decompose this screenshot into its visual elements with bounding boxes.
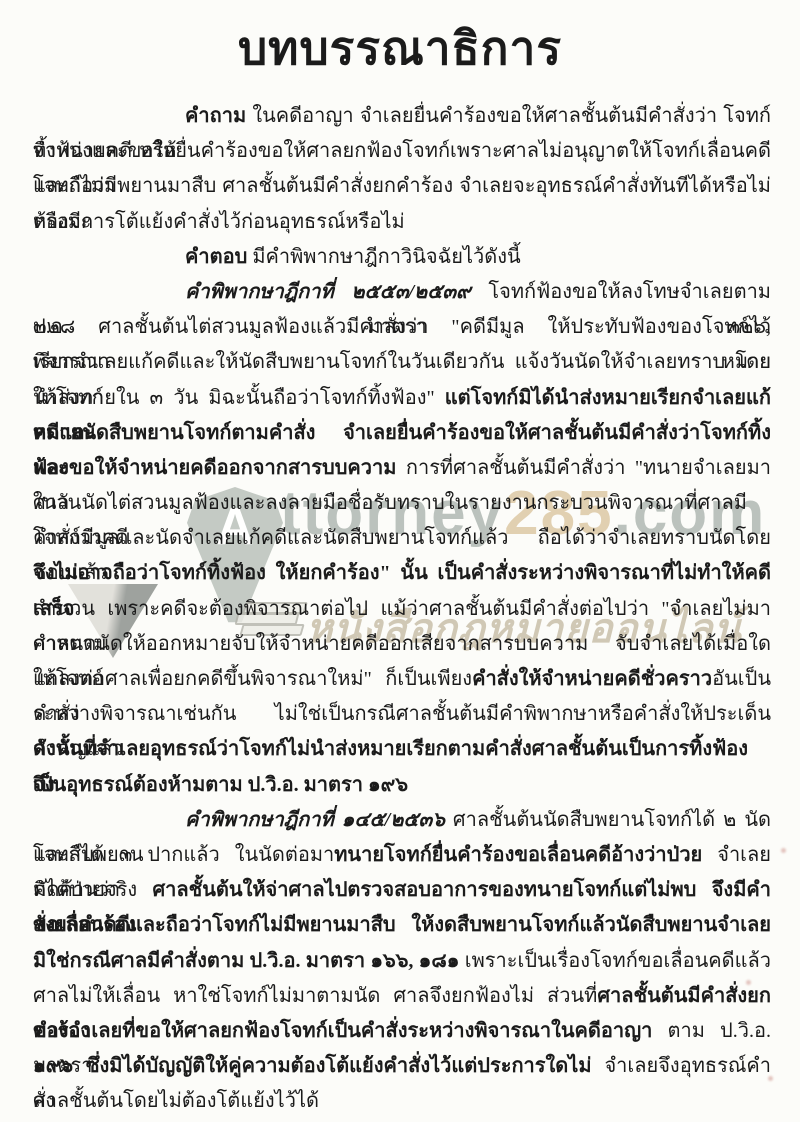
text-line: ศาลไม่ให้เลื่อน หาใช่โจทก์ไม่มาตามนัด ศา… [33, 979, 771, 1014]
body-text: คำถาม ในคดีอาญา จำเลยยื่นคำร้องขอให้ศาลช… [33, 99, 771, 1119]
text-line: ระหว่างพิจารณาเช่นกัน ไม่ใช่เป็นกรณีศาลช… [33, 697, 771, 732]
text-line: ขอเลื่อนคดีและถือว่าโจทก์ไม่มีพยานมาสืบ … [33, 908, 771, 943]
text-segment: คำสั่งให้จำหน่ายคดีชั่วคราว [472, 668, 712, 690]
text-segment: มิได้ป่วยจริง [33, 879, 152, 901]
text-segment: มิใช่กรณีศาลมีคำสั่งตาม ป.วิ.อ. มาตรา ๑๖… [33, 950, 460, 972]
text-segment: คำตอบ [185, 246, 247, 268]
text-line: ดังนั้นที่จำเลยอุทธรณ์ว่าโจทก์ไม่นำส่งหม… [33, 732, 771, 767]
text-line: และขอให้จำหน่ายคดีออกจากสารบบความ การที่… [33, 451, 771, 486]
text-segment: ศาลชั้นต้นโดยไม่ต้องโต้แย้งไว้ได้ [33, 1090, 319, 1112]
text-line: จึงไม่อาจถือว่าโจทก์ทิ้งฟ้อง ให้ยกคำร้อง… [33, 556, 771, 591]
text-line: เป็นอุทธรณ์ต้องห้ามตาม ป.วิ.อ. มาตรา ๑๙๖ [33, 768, 771, 803]
page-title: บทบรรณาธิการ [0, 12, 800, 85]
text-segment: ของจำเลยที่ขอให้ศาลยกฟ้องโจทก์เป็นคำสั่ง… [33, 1020, 652, 1042]
text-line: มิได้ป่วยจริง ศาลชั้นต้นให้จ่าศาลไปตรวจส… [33, 873, 771, 908]
text-line: เรียกจำเลยแก้คดีและให้นัดสืบพยานโจทก์ในว… [33, 345, 771, 380]
text-segment: แถลงต่อศาลเพื่อยกคดีขึ้นพิจารณาใหม่" ก็เ… [33, 668, 472, 690]
text-segment: คำพิพากษาฎีกาที่ ๑๔๕/๒๕๓๖ [185, 809, 445, 831]
text-line: หมายนัดสืบพยานโจทก์ตามคำสั่ง จำเลยยื่นคำ… [33, 416, 771, 451]
text-segment: ทนายโจทก์ยื่นคำร้องขอเลื่อนคดีอ้างว่าป่ว… [334, 844, 702, 866]
text-line: ต้องมีการโต้แย้งคำสั่งไว้ก่อนอุทธรณ์หรือ… [33, 205, 771, 240]
text-segment: นำส่งภายใน ๓ วัน มิฉะนั้นถือว่าโจทก์ทิ้ง… [33, 387, 445, 409]
scan-speck [781, 848, 786, 853]
text-line: มิใช่กรณีศาลมีคำสั่งตาม ป.วิ.อ. มาตรา ๑๖… [33, 944, 771, 979]
text-line: กำหนดนัดให้ออกหมายจับให้จำหน่ายคดีออกเสี… [33, 627, 771, 662]
text-line: แถลงต่อศาลเพื่อยกคดีขึ้นพิจารณาใหม่" ก็เ… [33, 662, 771, 697]
text-line: ๓๒๘ ศาลชั้นต้นไต่สวนมูลฟ้องแล้วมีคำสั่งว… [33, 310, 771, 345]
text-segment: โจทก์ได้ ๓ ปากแล้ว ในนัดต่อมา [33, 844, 334, 866]
text-line: คำถาม ในคดีอาญา จำเลยยื่นคำร้องขอให้ศาลช… [33, 99, 771, 134]
text-line: นำส่งภายใน ๓ วัน มิฉะนั้นถือว่าโจทก์ทิ้ง… [33, 381, 771, 416]
text-line: ในวันนัดไต่สวนมูลฟ้องและลงลายมือชื่อรับท… [33, 486, 771, 521]
text-line: คำพิพากษาฎีกาที่ ๒๕๕๓/๒๕๓๙ โจทก์ฟ้องขอให… [33, 275, 771, 310]
text-line: ๑๙๖ ซึ่งมิได้บัญญัติให้คู่ความต้องโต้แย้… [33, 1049, 771, 1084]
text-segment: เป็นอุทธรณ์ต้องห้ามตาม ป.วิ.อ. มาตรา ๑๙๖ [33, 774, 408, 796]
text-line: คำพิพากษาฎีกาที่ ๑๔๕/๒๕๓๖ ศาลชั้นต้นนัดส… [33, 803, 771, 838]
text-segment: ๑๙๖ ซึ่งมิได้บัญญัติให้คู่ความต้องโต้แย้… [33, 1055, 592, 1077]
text-segment: ขอเลื่อนคดีและถือว่าโจทก์ไม่มีพยานมาสืบ … [33, 914, 771, 936]
text-line: ของจำเลยที่ขอให้ศาลยกฟ้องโจทก์เป็นคำสั่ง… [33, 1014, 771, 1049]
text-segment: ศาลไม่ให้เลื่อน หาใช่โจทก์ไม่มาตามนัด ศา… [33, 985, 597, 1007]
text-line: จำหน่ายคดี หรือยื่นคำร้องขอให้ศาลยกฟ้องโ… [33, 134, 771, 169]
text-segment: คำถาม [185, 105, 246, 127]
text-line: โจทก์มีมูลและนัดจำเลยแก้คดีและนัดสืบพยาน… [33, 521, 771, 556]
text-line: โจทก์ไม่มีพยานมาสืบ ศาลชั้นต้นมีคำสั่งยก… [33, 169, 771, 204]
text-segment: มีคำพิพากษาฎีกาวินิจฉัยไว้ดังนี้ [247, 246, 520, 268]
text-line: สำนวน เพราะคดีจะต้องพิจารณาต่อไป แม้ว่าศ… [33, 592, 771, 627]
text-line: โจทก์ได้ ๓ ปากแล้ว ในนัดต่อมาทนายโจทก์ยื… [33, 838, 771, 873]
text-segment: คำพิพากษาฎีกาที่ ๒๕๕๓/๒๕๓๙ [185, 281, 471, 303]
text-line: ศาลชั้นต้นโดยไม่ต้องโต้แย้งไว้ได้ [33, 1084, 771, 1119]
text-segment: และขอให้จำหน่ายคดีออกจากสารบบความ [33, 457, 396, 479]
scanned-document-page: A ttorney285.com หนังสือกฎหมายออนไลน์ บท… [0, 0, 800, 1122]
text-segment: ต้องมีการโต้แย้งคำสั่งไว้ก่อนอุทธรณ์หรือ… [33, 211, 405, 233]
text-segment: เพราะเป็นเรื่องโจทก์ขอเลื่อนคดีแล้ว [460, 950, 772, 972]
text-line: คำตอบ มีคำพิพากษาฎีกาวินิจฉัยไว้ดังนี้ [33, 240, 771, 275]
